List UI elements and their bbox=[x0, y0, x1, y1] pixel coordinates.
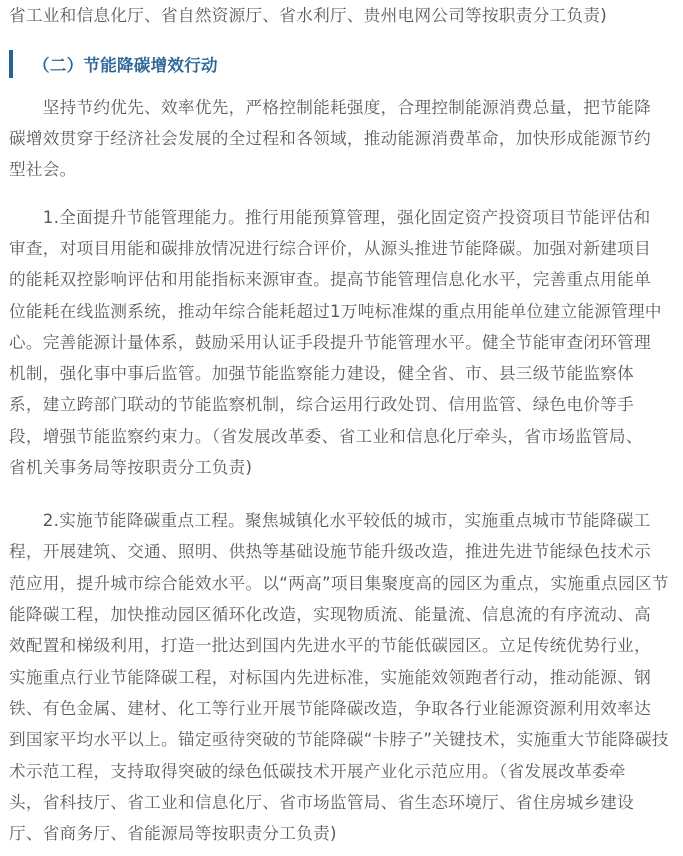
text-line: 型社会。 bbox=[9, 154, 77, 185]
text-line: 到国家平均水平以上。锚定亟待突破的节能降碳“卡脖子”关键技术，实施重大节能降碳技 bbox=[9, 724, 669, 755]
text-line: 机制，强化事中事后监管。加强节能监察能力建设，健全省、市、县三级节能监察体 bbox=[9, 358, 634, 389]
text-line: 效配置和梯级利用，打造一批达到国内先进水平的节能低碳园区。立足传统优势行业， bbox=[9, 630, 651, 661]
text-line: 2.实施节能降碳重点工程。聚焦城镇化水平较低的城市，实施重点城市节能降碳工 bbox=[9, 505, 651, 536]
text-line: 省工业和信息化厅、省自然资源厅、省水利厅、贵州电网公司等按职责分工负责) bbox=[9, 0, 607, 31]
text-line: 的能耗双控影响评估和用能指标来源审查。提高节能管理信息化水平，完善重点用能单 bbox=[9, 264, 651, 295]
text-line: 系，建立跨部门联动的节能监察机制，综合运用行政处罚、信用监管、绿色电价等手 bbox=[9, 389, 634, 420]
text-line: 坚持节约优先、效率优先，严格控制能耗强度，合理控制能源消费总量，把节能降 bbox=[9, 92, 651, 123]
text-line: 术示范工程，支持取得突破的绿色低碳技术开展产业化示范应用。（省发展改革委牵 bbox=[9, 756, 626, 787]
text-line: 程，开展建筑、交通、照明、供热等基础设施节能升级改造，推进先进节能绿色技术示 bbox=[9, 536, 651, 567]
text-line: 实施重点行业节能降碳工程，对标国内先进标准，实施能效领跑者行动，推动能源、钢 bbox=[9, 662, 651, 693]
text-line: 铁、有色金属、建材、化工等行业开展节能降碳改造，争取各行业能源资源利用效率达 bbox=[9, 693, 651, 724]
text-line: 段，增强节能监察约束力。（省发展改革委、省工业和信息化厅牵头，省市场监管局、 bbox=[9, 421, 643, 452]
text-line: 心。完善能源计量体系，鼓励采用认证手段提升节能管理水平。健全节能审查闭环管理 bbox=[9, 327, 651, 358]
section-heading-text: （二）节能降碳增效行动 bbox=[33, 52, 218, 76]
text-line: 能降碳工程，加快推动园区循环化改造，实现物质流、能量流、信息流的有序流动、高 bbox=[9, 599, 651, 630]
text-line: 碳增效贯穿于经济社会发展的全过程和各领域，推动能源消费革命，加快形成能源节约 bbox=[9, 123, 651, 154]
text-line: 范应用，提升城市综合能效水平。以“两高”项目集聚度高的园区为重点，实施重点园区节 bbox=[9, 568, 669, 599]
text-line: 位能耗在线监测系统，推动年综合能耗超过1万吨标准煤的重点用能单位建立能源管理中 bbox=[9, 296, 662, 327]
text-line: 1.全面提升节能管理能力。推行用能预算管理，强化固定资产投资项目节能评估和 bbox=[9, 202, 651, 233]
heading-accent-bar bbox=[9, 50, 13, 78]
text-line: 厅、省商务厅、省能源局等按职责分工负责) bbox=[9, 818, 337, 849]
section-heading: （二）节能降碳增效行动 bbox=[9, 50, 218, 78]
text-line: 审查，对项目用能和碳排放情况进行综合评价，从源头推进节能降碳。加强对新建项目 bbox=[9, 233, 651, 264]
text-line: 头，省科技厅、省工业和信息化厅、省市场监管局、省生态环境厅、省住房城乡建设 bbox=[9, 787, 634, 818]
text-line: 省机关事务局等按职责分工负责) bbox=[9, 452, 252, 483]
